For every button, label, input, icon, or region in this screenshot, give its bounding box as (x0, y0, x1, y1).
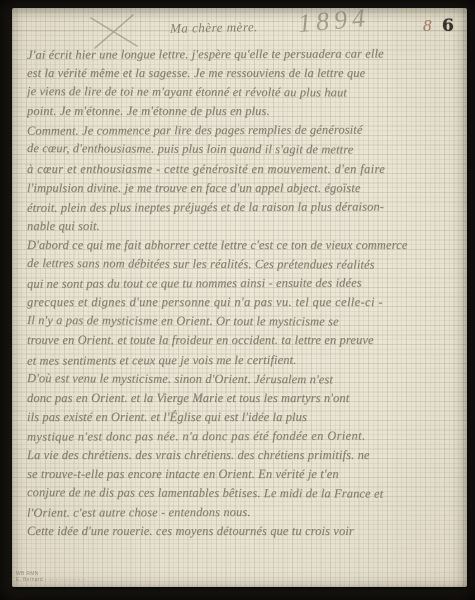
manuscript-line: conjure de ne dis pas ces lamentables bê… (27, 483, 461, 504)
manuscript-line: D'où est venu le mysticisme. sinon d'Ori… (27, 369, 461, 390)
manuscript-line: je viens de lire de toi ne m'ayant étonn… (27, 82, 461, 103)
manuscript-line: J'ai écrit hier une longue lettre. j'esp… (27, 45, 461, 65)
salutation: Ma chère mère. (170, 19, 258, 37)
archive-inscription-line2: E. Bernard - ··· - ···· - ·· - ·· (16, 577, 86, 583)
manuscript-line: étroit. plein des plus ineptes préjugés … (27, 197, 461, 218)
scanned-letter: Ma chère mère. 1894 8 6 J'ai écrit hier … (0, 0, 475, 600)
archive-inscription: WB RMN E. Bernard - ··· - ···· - ·· - ·· (16, 571, 86, 583)
manuscript-line: La vie des chrétiens. des vrais chrétien… (27, 446, 461, 465)
manuscript-line: l'Orient. c'est autre chose - entendons … (27, 502, 461, 523)
manuscript-line: à cœur et enthousiasme - cette générosit… (27, 160, 461, 179)
manuscript-line: l'impulsion divine. je me trouve en face… (27, 179, 461, 198)
year-annotation: 1894 (297, 3, 371, 39)
manuscript-line: et mes sentiments et ceux que je vois me… (27, 350, 461, 371)
page-number-pencil: 8 (423, 16, 432, 36)
manuscript-line: Comment. Je commence par lire des pages … (27, 121, 461, 142)
manuscript-body: J'ai écrit hier une longue lettre. j'esp… (27, 45, 461, 547)
manuscript-line: trouve en Orient. et toute la froideur e… (27, 331, 461, 350)
manuscript-line: mystique n'est donc pas née. n'a donc pa… (27, 426, 461, 447)
page-number-stamp: 6 (442, 16, 454, 36)
manuscript-line: qui ne sont pas du tout ce que tu nommes… (27, 273, 461, 294)
manuscript-line: est la vérité même et la sagesse. Je me … (27, 64, 461, 83)
manuscript-line: de lettres sans nom débitées sur les réa… (27, 254, 461, 275)
manuscript-line: D'abord ce qui me fait abhorrer cette le… (27, 236, 461, 255)
manuscript-line: Cette idée d'une rouerie. ces moyens dét… (27, 522, 461, 541)
manuscript-line: se trouve-t-elle pas encore intacte en O… (27, 465, 461, 484)
manuscript-line: nable qui soit. (27, 217, 461, 236)
manuscript-line: de cœur, d'enthousiasme. puis plus loin … (27, 140, 461, 161)
manuscript-line: donc pas en Orient. et la Vierge Marie e… (27, 389, 461, 408)
letter-page: Ma chère mère. 1894 8 6 J'ai écrit hier … (12, 8, 467, 587)
manuscript-line: grecques et dignes d'une personne qui n'… (27, 293, 461, 312)
manuscript-line: point. Je m'étonne. Je m'étonne de plus … (27, 102, 461, 121)
manuscript-line: ils pas existé en Orient. et l'Église qu… (27, 408, 461, 427)
manuscript-line: Il n'y a pas de mysticisme en Orient. Or… (27, 311, 461, 332)
